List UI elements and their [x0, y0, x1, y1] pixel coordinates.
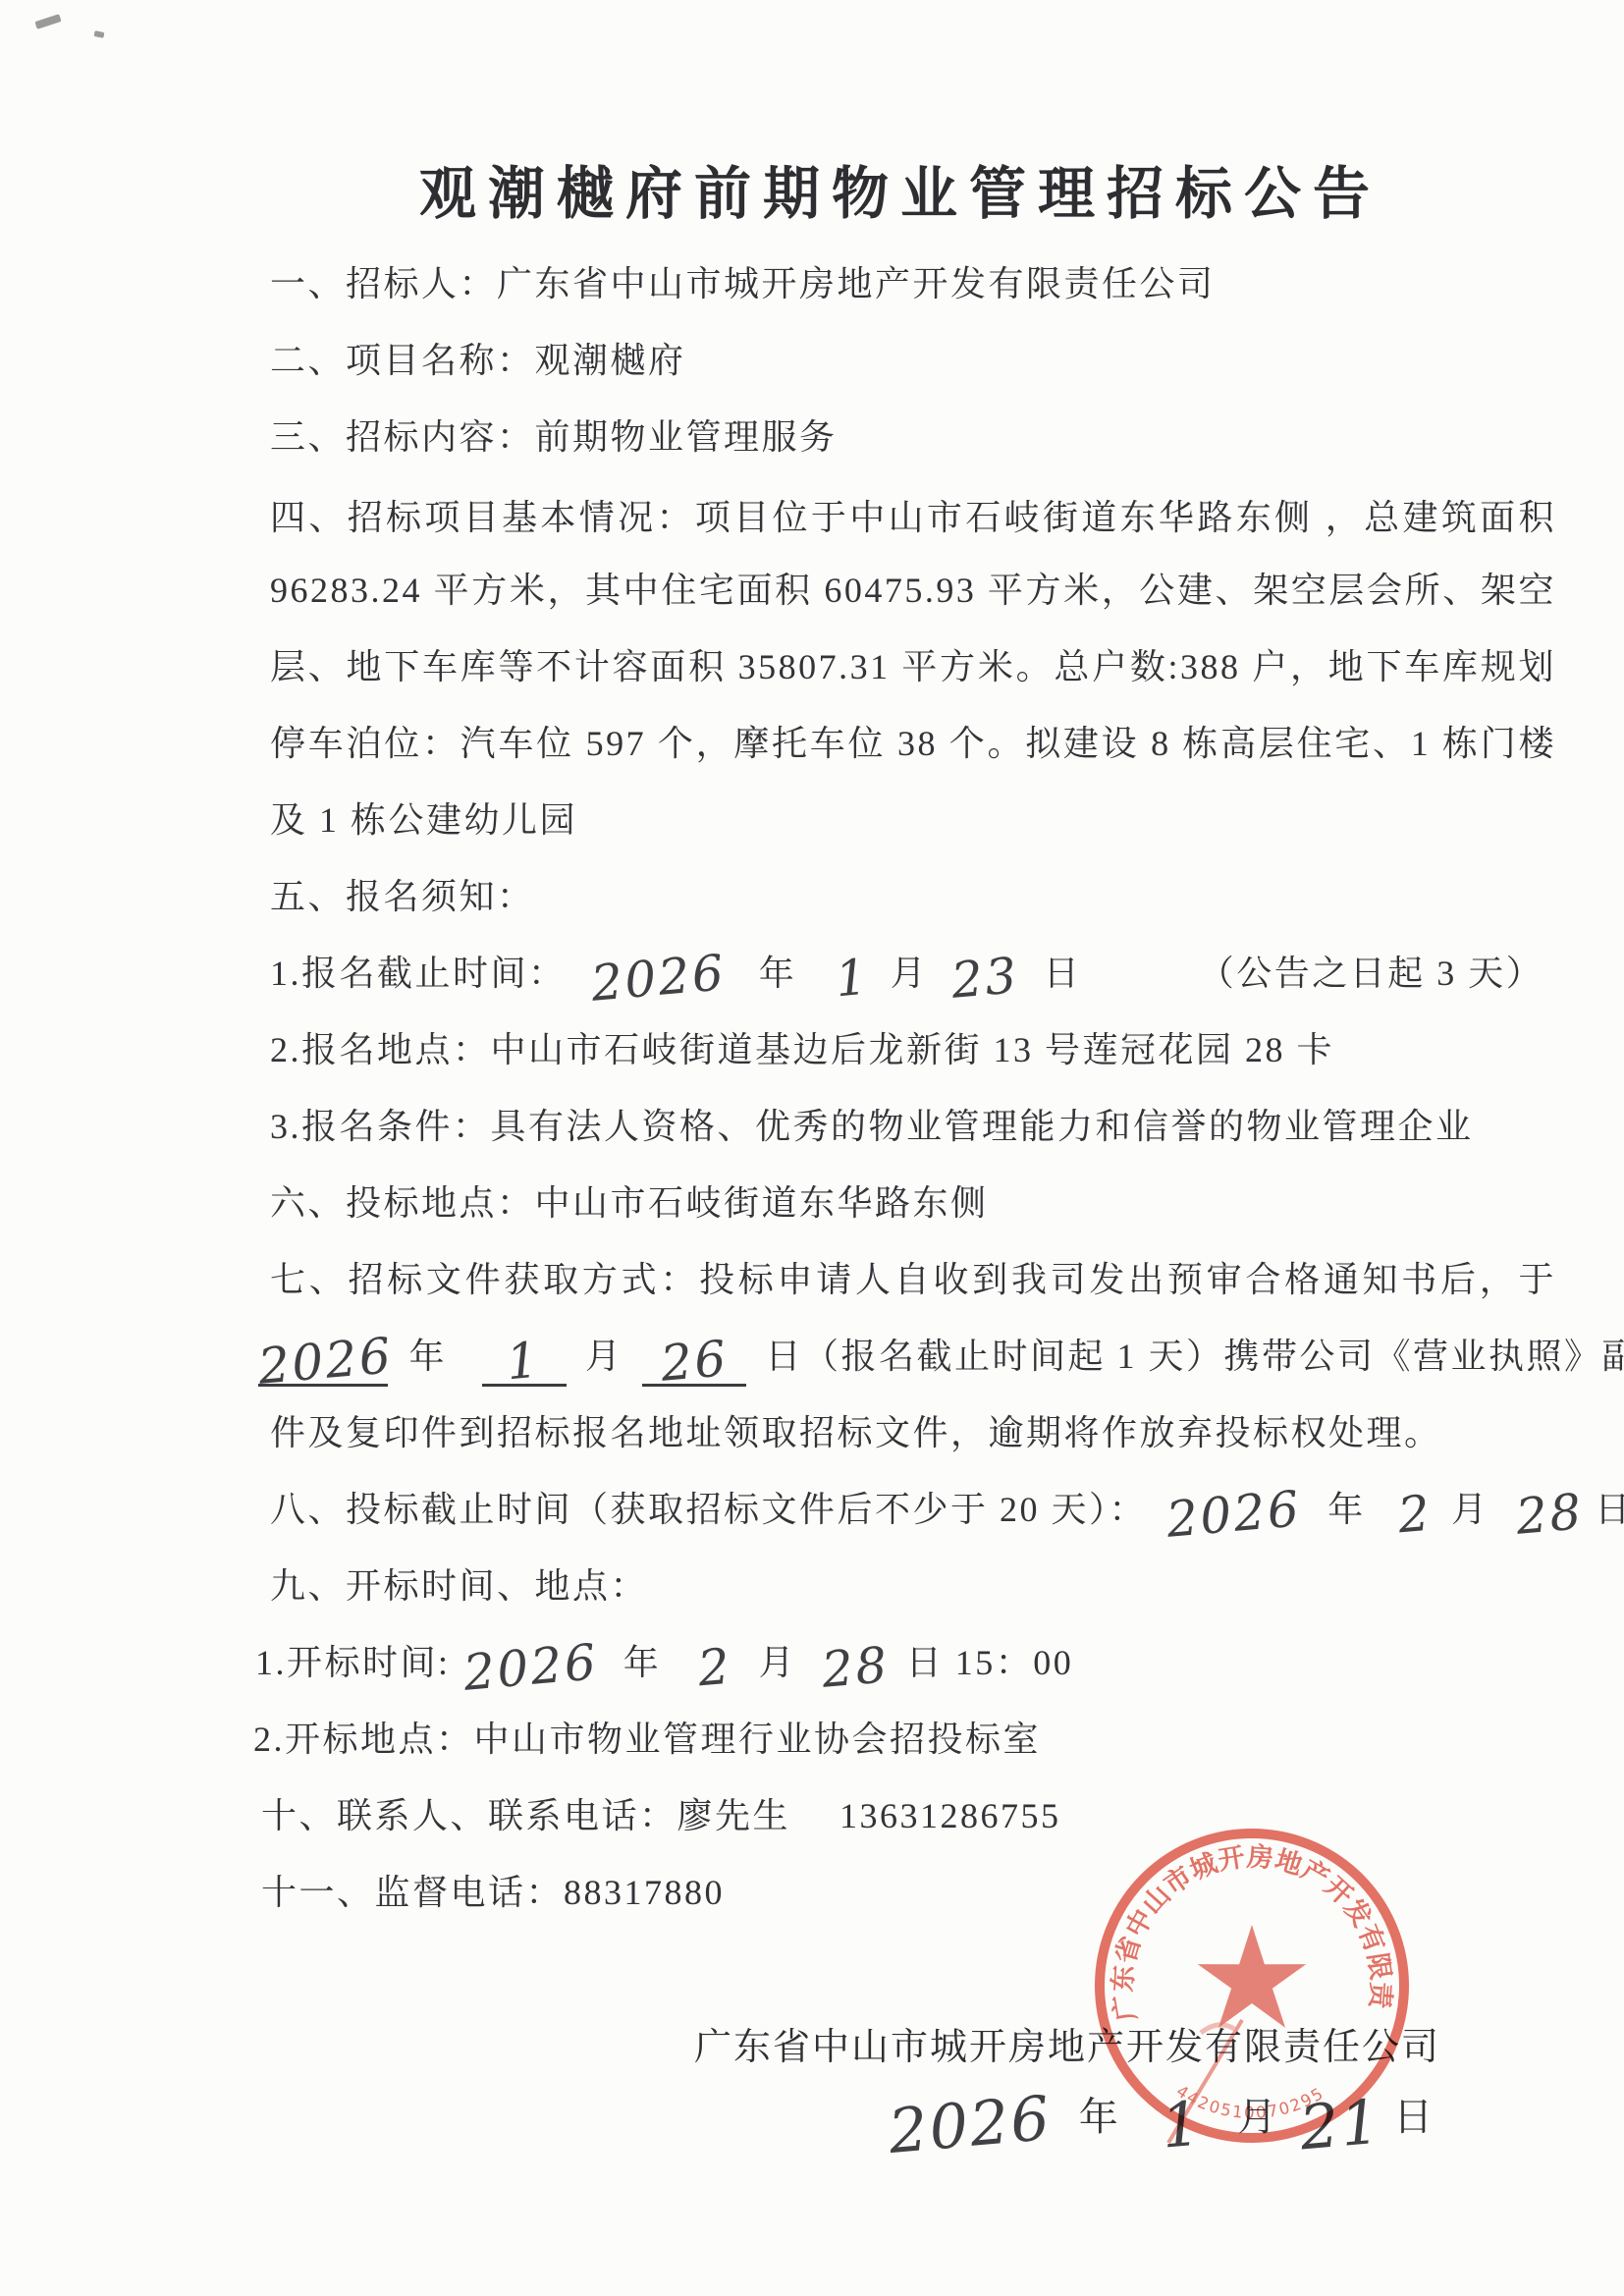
year-label: 年 — [409, 1337, 448, 1376]
seal-stray-stroke — [1168, 2020, 1242, 2143]
line-contact: 十、联系人、联系电话：廖先生 13631286755 — [261, 1795, 1061, 1837]
line-opening-place: 2.开标地点：中山市物业管理行业协会招投标室 — [253, 1719, 1041, 1761]
line-project-info-5: 及 1 栋公建幼儿园 — [270, 799, 577, 842]
opening-time-label: 1.开标时间: — [255, 1643, 451, 1682]
signup-deadline-label: 1.报名截止时间： — [270, 954, 567, 993]
handwritten-month: 2 — [696, 1645, 733, 1692]
line-bid-place: 六、投标地点：中山市石岐街道东华路东侧 — [270, 1182, 989, 1225]
doc-fetch-rest: 日（报名截止时间起 1 天）携带公司《营业执照》副本原 — [766, 1337, 1624, 1376]
scan-speck — [93, 30, 104, 38]
fill-in-blank-year: 2026 — [258, 1339, 388, 1387]
handwritten-day: 26 — [659, 1337, 730, 1387]
seal-code-arc-text: 4420510070295 — [1173, 2082, 1328, 2122]
line-doc-fetch-1: 七、招标文件获取方式：投标申请人自收到我司发出预审合格通知书后，于 — [270, 1259, 1556, 1301]
handwritten-day: 28 — [820, 1643, 891, 1693]
fill-in-blank-day: 26 — [642, 1339, 746, 1387]
handwritten-year: 2026 — [1164, 1487, 1303, 1543]
line-signup-notice: 五、报名须知： — [270, 876, 535, 918]
line-bid-content: 三、招标内容：前期物业管理服务 — [270, 416, 838, 459]
line-opening-time: 1.开标时间: 2026 年 2 月 28 日 15：00 — [255, 1642, 1073, 1690]
handwritten-month: 1 — [505, 1339, 542, 1386]
handwritten-year: 2026 — [589, 951, 728, 1007]
line-supervision: 十一、监督电话：88317880 — [261, 1872, 725, 1914]
bid-deadline-label: 八、投标截止时间（获取招标文件后不少于 20 天）： — [270, 1490, 1147, 1529]
line-bid-deadline: 八、投标截止时间（获取招标文件后不少于 20 天）： 2026 年 2 月 28… — [270, 1489, 1624, 1537]
line-doc-fetch-date: 2026 年 1 月 26 日（报名截止时间起 1 天）携带公司《营业执照》副本… — [258, 1336, 1624, 1387]
month-label: 月 — [1451, 1490, 1489, 1529]
day-label: 日 — [1044, 954, 1082, 993]
month-label: 月 — [891, 954, 929, 993]
handwritten-year: 2026 — [256, 1334, 395, 1390]
signup-deadline-note: （公告之日起 3 天） — [1199, 954, 1544, 993]
line-signup-place: 2.报名地点：中山市石岐街道基边后龙新街 13 号莲冠花园 28 卡 — [270, 1029, 1334, 1071]
official-seal: 广东省中山市城开房地产开发有限责任公司 4420510070295 — [1085, 1819, 1419, 2153]
year-label: 年 — [1327, 1490, 1366, 1529]
handwritten-year: 2026 — [887, 2091, 1054, 2159]
handwritten-year: 2026 — [461, 1640, 600, 1696]
handwritten-day: 28 — [1514, 1490, 1585, 1540]
handwritten-month: 2 — [1396, 1492, 1434, 1539]
line-project-info-3: 层、地下车库等不计容面积 35807.31 平方米。总户数:388 户，地下车库… — [270, 646, 1556, 688]
line-signup-deadline: 1.报名截止时间： 2026 年 1 月 23 日 （公告之日起 3 天） — [270, 953, 1543, 1001]
month-label: 月 — [759, 1643, 797, 1682]
line-doc-fetch-2: 件及复印件到招标报名地址领取招标文件，逾期将作放弃投标权处理。 — [270, 1412, 1442, 1454]
opening-time-rest: 日 15：00 — [906, 1643, 1074, 1682]
day-label: 日 — [1595, 1490, 1624, 1529]
scanned-document-page: 观潮樾府前期物业管理招标公告 一、招标人：广东省中山市城开房地产开发有限责任公司… — [0, 0, 1624, 2296]
handwritten-day: 23 — [949, 954, 1020, 1004]
line-tenderer: 一、招标人：广东省中山市城开房地产开发有限责任公司 — [270, 263, 1216, 305]
svg-text:4420510070295: 4420510070295 — [1173, 2082, 1328, 2122]
scan-speck — [34, 14, 61, 29]
star-icon — [1198, 1925, 1306, 2028]
page-title: 观潮樾府前期物业管理招标公告 — [419, 147, 1381, 230]
line-signup-condition: 3.报名条件：具有法人资格、优秀的物业管理能力和信誉的物业管理企业 — [270, 1106, 1474, 1148]
month-label: 月 — [585, 1337, 623, 1376]
line-project-name: 二、项目名称：观潮樾府 — [270, 340, 686, 382]
year-label: 年 — [623, 1643, 662, 1682]
seal-smudge — [1201, 2025, 1234, 2033]
handwritten-month: 1 — [834, 956, 871, 1003]
year-label: 年 — [759, 954, 797, 993]
line-project-info-2: 96283.24 平方米，其中住宅面积 60475.93 平方米，公建、架空层会… — [270, 570, 1556, 612]
line-opening-header: 九、开标时间、地点： — [270, 1565, 648, 1608]
line-project-info-1: 四、招标项目基本情况：项目位于中山市石岐街道东华路东侧 ，总建筑面积 — [270, 497, 1556, 539]
fill-in-blank-month: 1 — [482, 1339, 567, 1387]
line-project-info-4: 停车泊位：汽车位 597 个，摩托车位 38 个。拟建设 8 栋高层住宅、1 栋… — [270, 723, 1556, 765]
